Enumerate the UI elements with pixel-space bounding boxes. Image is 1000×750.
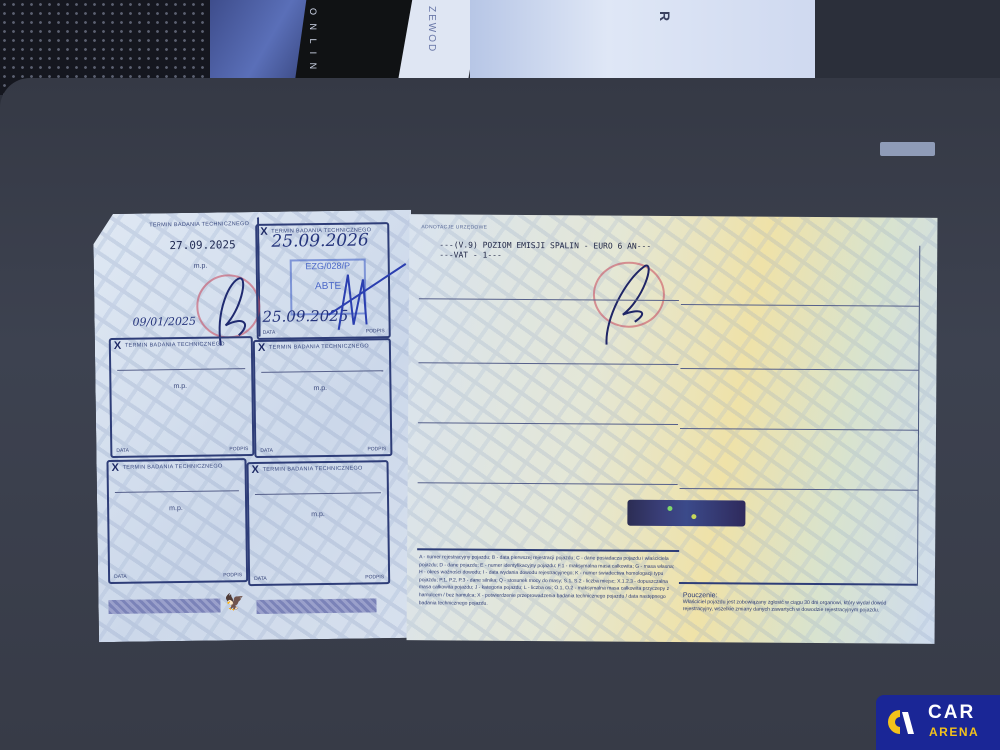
signature-icon: [595, 259, 666, 349]
car-arena-logo: CAR ARENA: [876, 695, 1000, 750]
box-footer-date: DATA: [116, 448, 129, 454]
box-header: TERMIN BADANIA TECHNICZNEGO: [269, 343, 369, 350]
box-footer-signature: PODPIS: [229, 446, 248, 452]
background-booklet-text: O N L I N E http://public: [308, 8, 318, 88]
signature-icon: [318, 254, 409, 335]
right-page: ADNOTACJE URZĘDOWE ---(V.9) POZIOM EMISJ…: [407, 214, 938, 644]
polish-eagle-icon: 🦅: [224, 592, 244, 612]
box-header: TERMIN BADANIA TECHNICZNEGO: [149, 221, 249, 228]
box-footer-signature: PODPIS: [365, 574, 384, 580]
inspection-box-3: X TERMIN BADANIA TECHNICZNEGO m.p. DATA …: [109, 336, 255, 458]
mp-label: m.p.: [313, 385, 327, 392]
instruction-note: Pouczenie: Właściciel pojazdu jest zobow…: [683, 592, 913, 615]
right-column-frame: [675, 244, 920, 586]
inspection-box-1: TERMIN BADANIA TECHNICZNEGO 27.09.2025 m…: [117, 216, 261, 340]
box-footer-date: DATA: [254, 576, 267, 582]
handwritten-date: 09/01/2025: [132, 315, 196, 329]
left-page: TERMIN BADANIA TECHNICZNEGO 27.09.2025 m…: [93, 210, 417, 642]
logo-text-arena: ARENA: [929, 725, 979, 739]
x-mark: X: [260, 226, 268, 238]
x-mark: X: [111, 462, 119, 474]
security-hologram: [627, 500, 745, 527]
box-footer-date: DATA: [263, 330, 276, 336]
box-footer-signature: PODPIS: [367, 446, 386, 452]
background-booklet-2-text: ZEWOD: [426, 6, 437, 53]
handwritten-next-date: 25.09.2026: [271, 230, 369, 251]
background-paper-text: R: [657, 11, 673, 21]
emblem-bar-left: [108, 598, 220, 614]
box-header: TERMIN BADANIA TECHNICZNEGO: [263, 466, 363, 473]
mp-label: m.p.: [169, 505, 183, 512]
box-header: TERMIN BADANIA TECHNICZNEGO: [125, 341, 225, 348]
printed-inspection-date: 27.09.2025: [169, 238, 235, 252]
background-paper: [470, 0, 815, 78]
divider: [255, 492, 381, 495]
mp-label: m.p.: [173, 383, 187, 390]
box-footer-date: DATA: [114, 574, 127, 580]
folder-slot: [880, 142, 935, 156]
mp-label: m.p.: [194, 263, 208, 270]
inspection-box-2: X TERMIN BADANIA TECHNICZNEGO 25.09.2026…: [255, 222, 391, 340]
instruction-text: Właściciel pojazdu jest zobowiązany zgło…: [683, 599, 887, 613]
mp-label: m.p.: [311, 511, 325, 518]
divider: [117, 368, 245, 371]
car-arena-mark-icon: [886, 708, 914, 736]
divider: [261, 370, 383, 373]
divider: [115, 490, 239, 493]
box-header: TERMIN BADANIA TECHNICZNEGO: [123, 463, 223, 470]
hologram-dot: [667, 506, 672, 511]
inspection-box-6: X TERMIN BADANIA TECHNICZNEGO m.p. DATA …: [247, 460, 391, 586]
box-footer-date: DATA: [260, 448, 273, 454]
logo-text-car: CAR: [928, 702, 975, 724]
registration-document: TERMIN BADANIA TECHNICZNEGO 27.09.2025 m…: [96, 206, 936, 642]
x-mark: X: [114, 340, 122, 352]
section-header: ADNOTACJE URZĘDOWE: [421, 224, 487, 230]
box-footer-signature: PODPIS: [366, 328, 385, 334]
field-code-legend: A - numer rejestracyjny pojazdu; B - dat…: [419, 554, 675, 609]
emission-annotation: ---(V.9) POZIOM EMISJI SPALIN - EURO 6 A…: [439, 240, 651, 250]
inspection-box-4: X TERMIN BADANIA TECHNICZNEGO m.p. DATA …: [253, 338, 393, 458]
vat-annotation: ---VAT - 1---: [439, 250, 502, 259]
x-mark: X: [258, 342, 266, 354]
box-footer-signature: PODPIS: [223, 572, 242, 578]
x-mark: X: [252, 464, 260, 476]
hologram-dot: [691, 514, 696, 519]
emblem-bar-right: [256, 598, 376, 614]
inspection-box-5: X TERMIN BADANIA TECHNICZNEGO m.p. DATA …: [106, 458, 248, 584]
